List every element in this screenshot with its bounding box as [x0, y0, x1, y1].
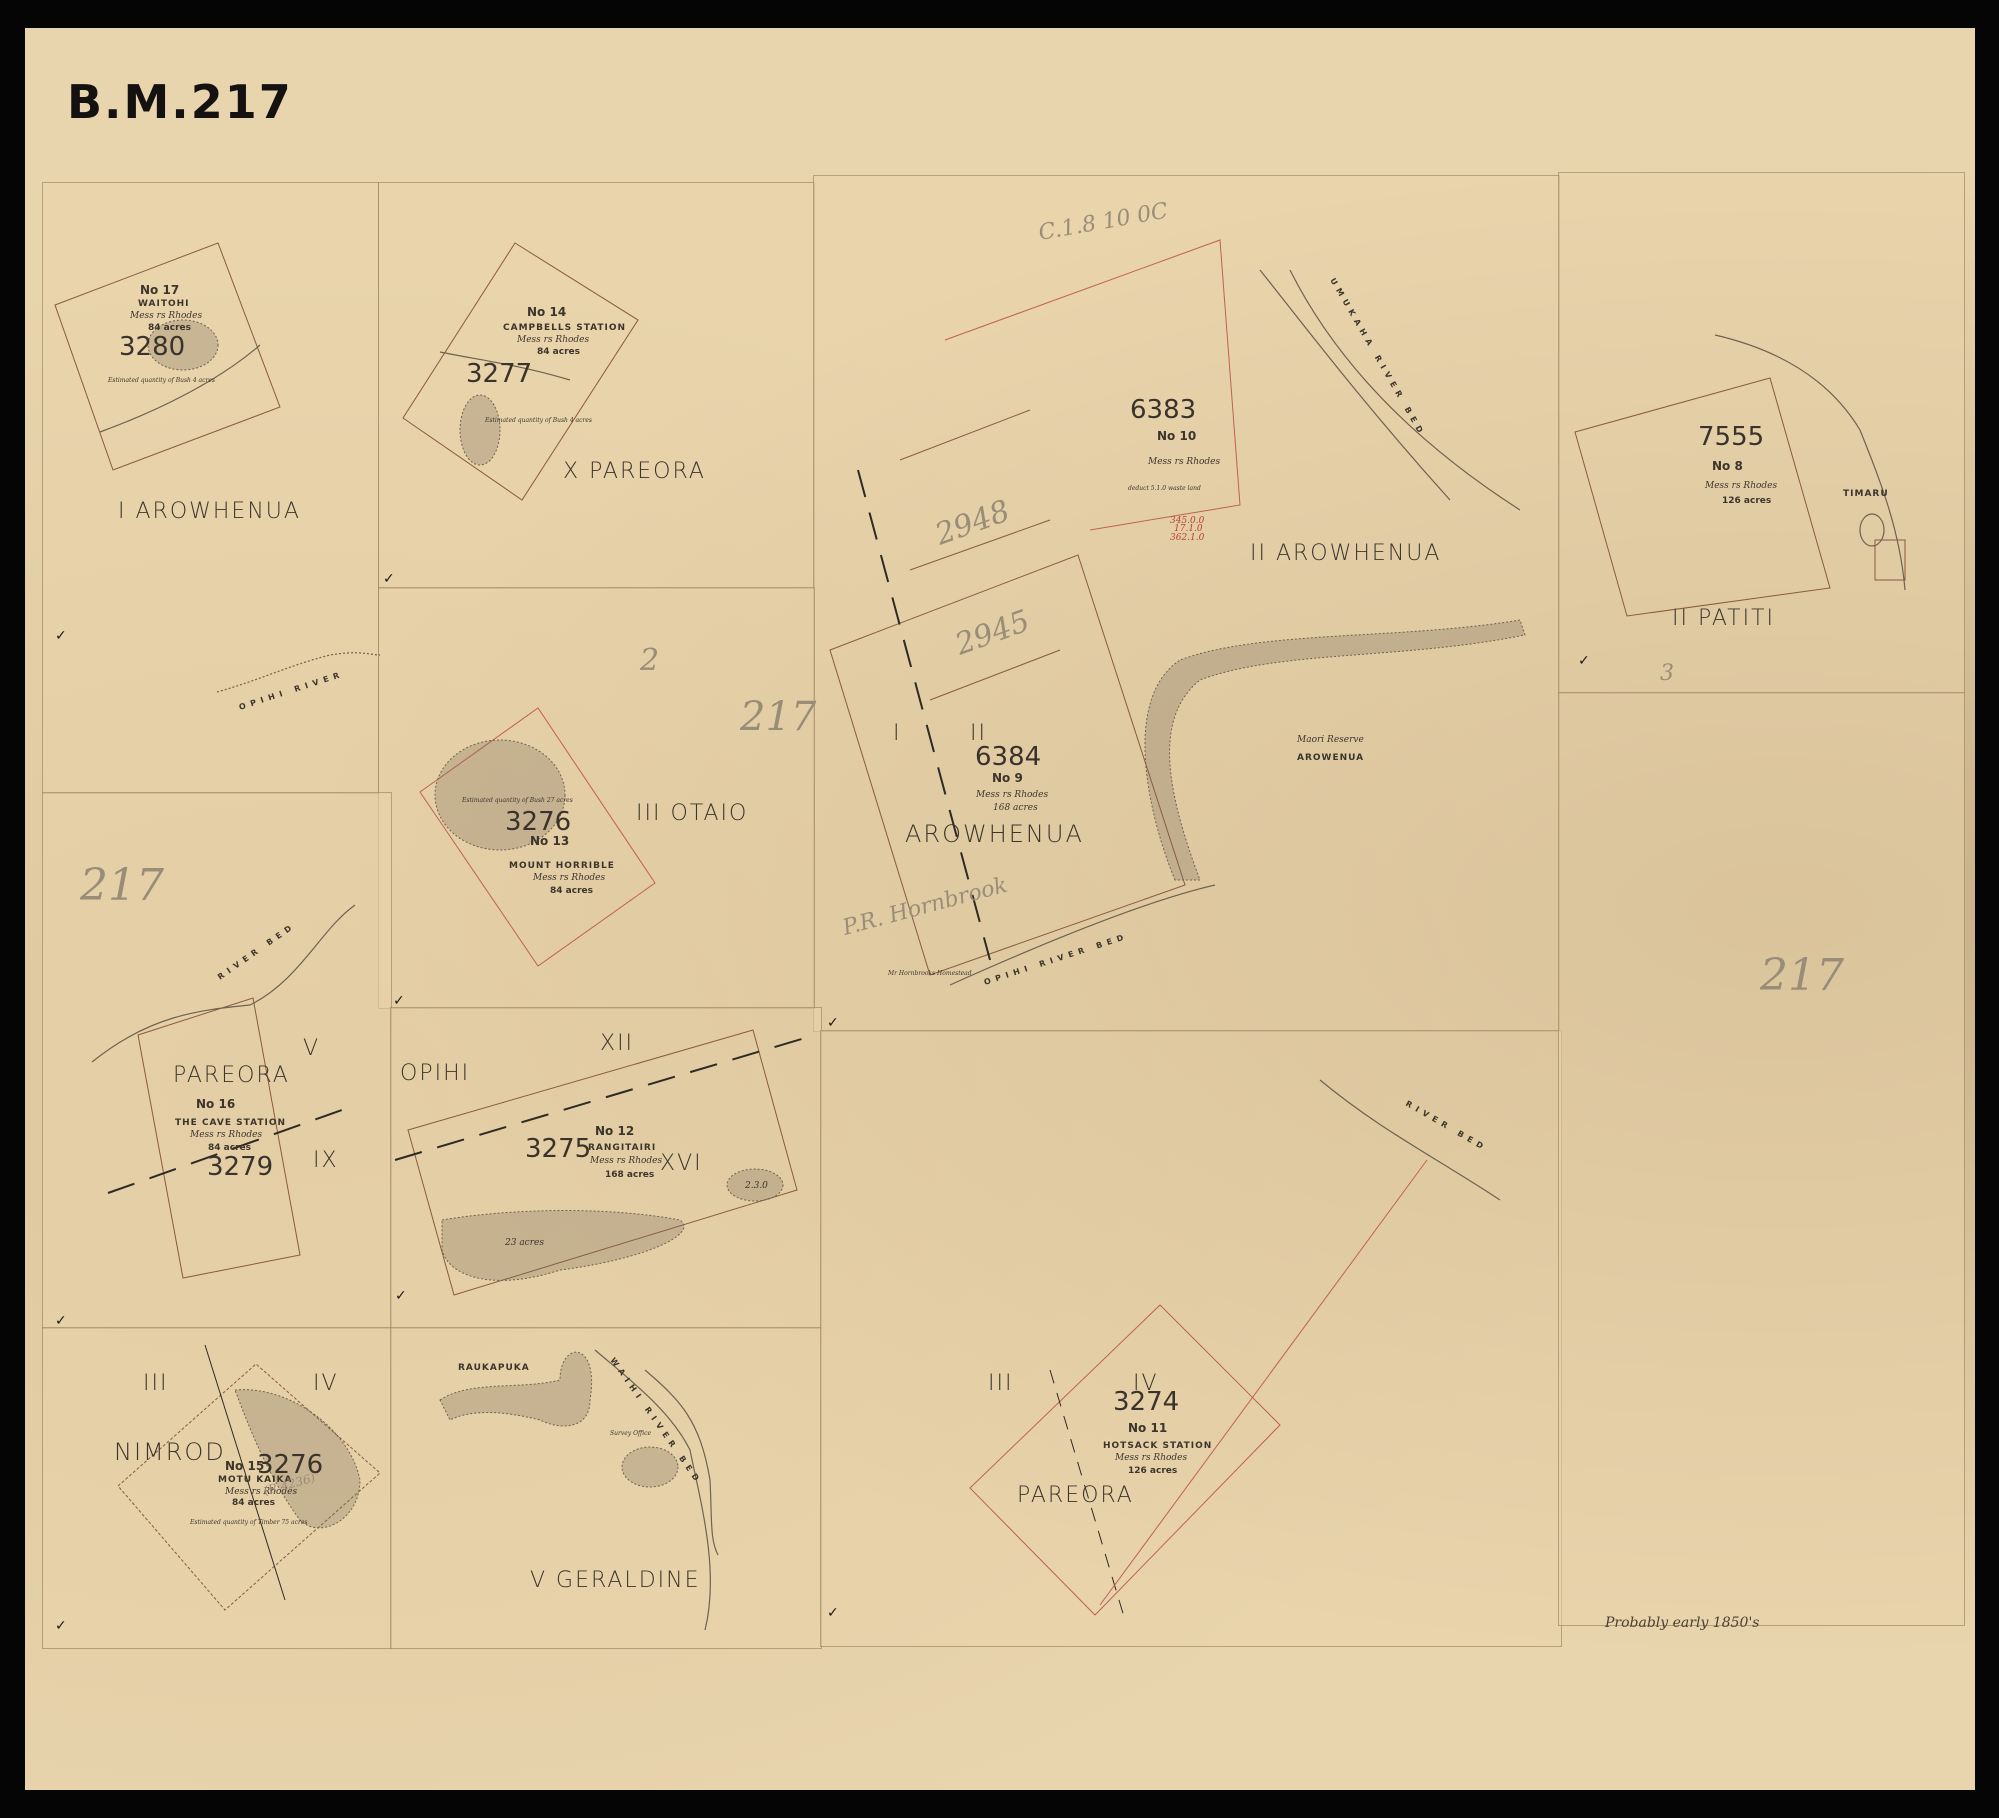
svg-text:Mess rs Rhodes: Mess rs Rhodes [532, 873, 606, 883]
svg-text:362.1.0: 362.1.0 [1170, 533, 1205, 543]
survey-map: No 17 WAITOHI Mess rs Rhodes 84 acres 32… [0, 0, 1999, 1818]
svg-text:UMUKAHA RIVER BED: UMUKAHA RIVER BED [1328, 277, 1427, 439]
svg-text:IX: IX [313, 1148, 339, 1173]
svg-text:126 acres: 126 acres [1128, 1466, 1177, 1476]
svg-text:PAREORA: PAREORA [1017, 1483, 1134, 1508]
svg-text:deduct 5.1.0 waste land: deduct 5.1.0 waste land [1128, 485, 1201, 492]
date-note: Probably early 1850's [1604, 1615, 1759, 1631]
svg-text:6384: 6384 [975, 742, 1041, 772]
svg-text:3279: 3279 [207, 1152, 273, 1182]
svg-text:3274: 3274 [1113, 1387, 1179, 1417]
svg-text:XVI: XVI [660, 1151, 703, 1176]
district-label: I AROWHENUA [118, 499, 301, 524]
svg-text:2945: 2945 [950, 604, 1035, 663]
svg-text:RANGITAIRI: RANGITAIRI [588, 1143, 656, 1153]
svg-text:168 acres: 168 acres [993, 803, 1038, 813]
svg-text:3: 3 [1660, 661, 1674, 686]
svg-text:✓: ✓ [55, 1618, 67, 1634]
svg-text:No 11: No 11 [1128, 1421, 1167, 1435]
svg-text:TIMARU: TIMARU [1843, 489, 1889, 499]
svg-text:Estimated quantity of Bush 4 a: Estimated quantity of Bush 4 acres [107, 377, 215, 384]
svg-text:Survey Office: Survey Office [610, 1430, 652, 1437]
svg-text:IV: IV [313, 1371, 339, 1396]
svg-text:No 9: No 9 [992, 771, 1023, 785]
svg-text:PAREORA: PAREORA [173, 1063, 290, 1088]
svg-text:23 acres: 23 acres [504, 1238, 544, 1248]
svg-text:✓: ✓ [827, 1605, 839, 1621]
svg-text:3276: 3276 [505, 807, 571, 837]
svg-text:✓: ✓ [55, 628, 67, 644]
svg-text:CAMPBELLS STATION: CAMPBELLS STATION [503, 323, 626, 333]
svg-text:I: I [893, 721, 902, 746]
section-motu-kaika: III IV NIMROD No 15 3276 MOTU KAIKA Mess… [114, 1345, 380, 1610]
svg-text:XII: XII [600, 1031, 634, 1056]
svg-text:Mess rs Rhodes: Mess rs Rhodes [189, 1130, 263, 1140]
svg-text:3277: 3277 [466, 359, 532, 389]
plan-number: 3280 [119, 332, 185, 362]
svg-text:P.R. Hornbrook: P.R. Hornbrook [839, 873, 1010, 941]
svg-text:THE CAVE STATION: THE CAVE STATION [175, 1118, 286, 1128]
svg-text:✓: ✓ [383, 571, 395, 587]
svg-text:6383: 6383 [1130, 395, 1196, 425]
svg-text:No 13: No 13 [530, 834, 569, 848]
svg-text:No 8: No 8 [1712, 459, 1743, 473]
svg-text:II PATITI: II PATITI [1672, 606, 1775, 631]
svg-text:RIVER BED: RIVER BED [1404, 1099, 1489, 1153]
river-label: OPIHI RIVER [238, 669, 345, 712]
svg-text:✓: ✓ [827, 1015, 839, 1031]
svg-text:Mess rs Rhodes: Mess rs Rhodes [1704, 481, 1778, 491]
svg-text:7555: 7555 [1698, 422, 1764, 452]
svg-text:✓: ✓ [1578, 653, 1590, 669]
svg-text:III: III [143, 1371, 168, 1396]
svg-text:Maori Reserve: Maori Reserve [1296, 735, 1364, 745]
svg-text:Mess rs Rhodes: Mess rs Rhodes [1114, 1453, 1188, 1463]
svg-text:III: III [988, 1371, 1013, 1396]
section-number: No 17 [140, 283, 179, 297]
svg-text:No 10: No 10 [1157, 429, 1196, 443]
svg-text:No 16: No 16 [196, 1097, 235, 1111]
svg-text:✓: ✓ [393, 993, 405, 1009]
svg-text:Mess rs Rhodes: Mess rs Rhodes [516, 335, 590, 345]
svg-text:✓: ✓ [395, 1288, 407, 1304]
svg-text:AROWHENUA: AROWHENUA [905, 820, 1084, 848]
section-hotsack: RIVER BED III IV 3274 No 11 HOTSACK STAT… [970, 1080, 1500, 1620]
section-geraldine: RAUKAPUKA WAIHI RIVER BED Survey Office … [440, 1350, 718, 1630]
svg-text:NIMROD: NIMROD [114, 1438, 226, 1466]
svg-text:Mess rs Rhodes: Mess rs Rhodes [589, 1156, 663, 1166]
svg-text:No 14: No 14 [527, 305, 566, 319]
section-rangitairi: OPIHI XII 3275 No 12 RANGITAIRI Mess rs … [395, 1030, 815, 1295]
svg-text:168 acres: 168 acres [605, 1170, 654, 1180]
svg-text:III OTAIO: III OTAIO [636, 801, 748, 826]
svg-text:217: 217 [739, 694, 817, 740]
svg-text:No 12: No 12 [595, 1124, 634, 1138]
section-mount-horrible: Estimated quantity of Bush 27 acres 3276… [420, 643, 817, 966]
svg-text:V GERALDINE: V GERALDINE [530, 1568, 700, 1593]
svg-text:OPIHI: OPIHI [400, 1061, 470, 1086]
svg-text:217: 217 [79, 860, 164, 911]
section-name: WAITOHI [138, 299, 190, 309]
svg-text:Mess rs Rhodes: Mess rs Rhodes [975, 790, 1049, 800]
svg-text:Mess rs Rhodes: Mess rs Rhodes [1147, 457, 1221, 467]
svg-text:C.1.8 10 0C: C.1.8 10 0C [1037, 199, 1170, 246]
svg-text:MOUNT HORRIBLE: MOUNT HORRIBLE [509, 861, 615, 871]
svg-text:II AROWHENUA: II AROWHENUA [1250, 541, 1441, 566]
svg-text:84 acres: 84 acres [232, 1498, 275, 1508]
svg-text:RAUKAPUKA: RAUKAPUKA [458, 1363, 530, 1373]
svg-text:HOTSACK STATION: HOTSACK STATION [1103, 1441, 1212, 1451]
svg-text:2948: 2948 [930, 494, 1015, 553]
svg-text:Mr Hornbrooks Homestead: Mr Hornbrooks Homestead [887, 970, 972, 977]
section-arowhenua: 2948 2945 I II 6384 No 9 Mess rs Rhodes … [830, 199, 1525, 987]
svg-text:2.3.0: 2.3.0 [744, 1181, 768, 1191]
svg-text:RIVER BED: RIVER BED [216, 921, 297, 982]
svg-text:84 acres: 84 acres [550, 886, 593, 896]
svg-text:84 acres: 84 acres [537, 347, 580, 357]
svg-text:V: V [303, 1036, 320, 1061]
section-waitohi: No 17 WAITOHI Mess rs Rhodes 84 acres 32… [55, 243, 301, 524]
svg-text:AROWENUA: AROWENUA [1297, 753, 1364, 763]
section-cave-station: RIVER BED V PAREORA No 16 THE CAVE STATI… [79, 860, 355, 1278]
svg-text:2: 2 [639, 643, 659, 678]
svg-text:✓: ✓ [55, 1313, 67, 1329]
svg-text:126 acres: 126 acres [1722, 496, 1771, 506]
section-patiti: 7555 No 8 Mess rs Rhodes 126 acres TIMAR… [1575, 335, 1905, 1001]
svg-text:Estimated quantity of Timber 7: Estimated quantity of Timber 75 acres [189, 1519, 307, 1526]
svg-text:3275: 3275 [525, 1134, 591, 1164]
svg-text:Estimated quantity of Bush 27: Estimated quantity of Bush 27 acres [461, 797, 573, 804]
svg-text:X PAREORA: X PAREORA [563, 459, 706, 484]
svg-text:Estimated quantity of Bush 4 a: Estimated quantity of Bush 4 acres [484, 417, 592, 424]
svg-text:Mess rs Rhodes: Mess rs Rhodes [129, 311, 203, 321]
svg-text:217: 217 [1759, 950, 1844, 1001]
section-campbells: No 14 CAMPBELLS STATION Mess rs Rhodes 8… [403, 243, 706, 500]
